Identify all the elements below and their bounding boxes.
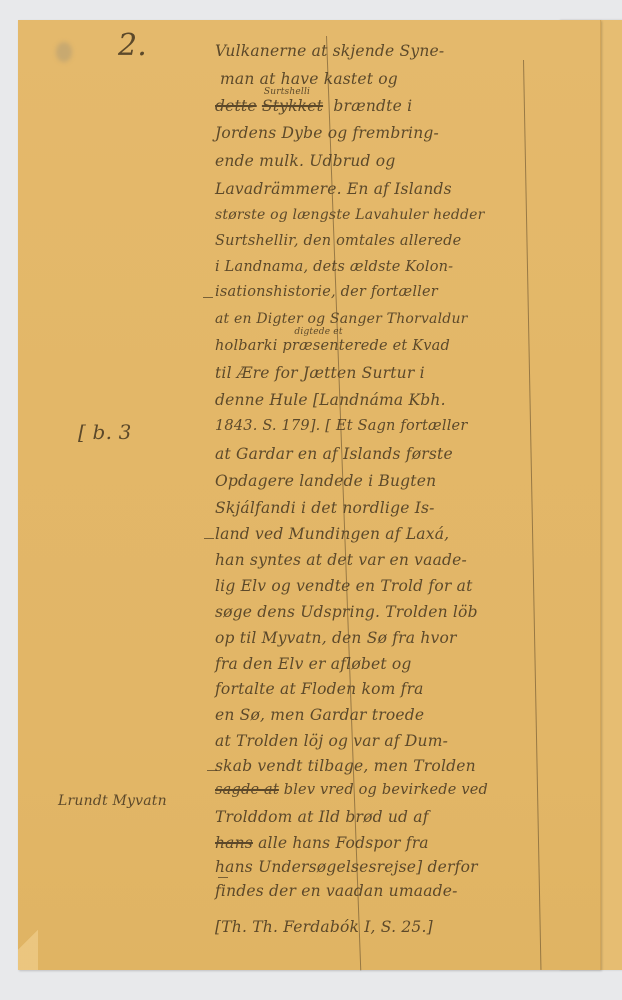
text-line-6: Lavadrämmere. En af Islands bbox=[215, 180, 452, 198]
text-line-26: en Sø, men Gardar troede bbox=[215, 706, 424, 724]
strikeout-word: dette bbox=[215, 97, 257, 115]
text-line-22: søge dens Udspring. Trolden löb bbox=[215, 603, 478, 621]
text-line-8: Surtshellir, den omtales allerede bbox=[215, 233, 461, 249]
line-continuation-dash bbox=[203, 297, 213, 298]
margin-note-myvatn: Lrundt Myvatn bbox=[58, 793, 167, 809]
line-continuation-dash bbox=[218, 877, 228, 878]
text-line-36: [Th. Th. Ferdabók I, S. 25.] bbox=[215, 918, 433, 936]
text-line-28: skab vendt tilbage, men Trolden bbox=[215, 757, 476, 775]
insertion-above: Surtshelli bbox=[264, 87, 310, 97]
text-line-7: største og længste Lavahuler hedder bbox=[215, 207, 485, 223]
text-line-5: ende mulk. Udbrud og bbox=[215, 152, 395, 170]
strikeout-word: Stykket bbox=[262, 97, 323, 115]
text-line-2: man at have kastet og bbox=[220, 70, 398, 88]
text-line-17: Opdagere landede i Bugten bbox=[215, 472, 436, 490]
text-line-9: i Landnama, dets ældste Kolon- bbox=[215, 259, 453, 275]
text-line-1: Vulkanerne at skjende Syne- bbox=[215, 42, 444, 60]
margin-note-reference: [ b. 3 bbox=[78, 420, 132, 444]
paper-stain bbox=[56, 42, 72, 62]
text-line-27: at Trolden löj og var af Dum- bbox=[215, 732, 448, 750]
text-line-18: Skjálfandi i det nordlige Is- bbox=[215, 499, 435, 517]
strikeout-word: hans bbox=[215, 834, 253, 852]
text-line-20: han syntes at det var en vaade- bbox=[215, 551, 467, 569]
line-continuation-dash bbox=[204, 538, 214, 539]
text-fragment: præsenterede et Kvad bbox=[282, 338, 450, 354]
text-line-21: lig Elv og vendte en Trold for at bbox=[215, 577, 473, 595]
text-line-33: findes der en vaadan umaade- bbox=[215, 882, 458, 900]
text-line-10: isationshistorie, der fortæller bbox=[215, 284, 438, 300]
text-fragment: brændte i bbox=[328, 97, 412, 115]
text-fragment: alle hans Fodspor fra bbox=[258, 834, 429, 852]
text-line-4: Jordens Dybe og frembring- bbox=[215, 124, 439, 142]
text-line-15: 1843. S. 179]. [ Et Sagn fortæller bbox=[215, 418, 467, 434]
text-line-23: op til Myvatn, den Sø fra hvor bbox=[215, 629, 457, 647]
text-line-13: til Ære for Jætten Surtur i bbox=[215, 364, 425, 382]
text-line-16: at Gardar en af Islands første bbox=[215, 445, 453, 463]
text-line-25: fortalte at Floden kom fra bbox=[215, 680, 424, 698]
insertion-above: digtede et bbox=[294, 327, 342, 337]
text-line-32: hans Undersøgelsesrejse] derfor bbox=[215, 858, 478, 876]
text-line-14: denne Hule [Landnáma Kbh. bbox=[215, 391, 446, 409]
text-line-31: hans alle hans Fodspor fra bbox=[215, 834, 429, 852]
strikeout-word: sagde at bbox=[215, 782, 279, 798]
text-line-30: Trolddom at Ild brød ud af bbox=[215, 808, 429, 826]
text-line-3: dette Surtshelli Stykket brændte i bbox=[215, 97, 412, 115]
text-line-11: at en Digter og Sanger Thorvaldur bbox=[215, 311, 468, 327]
text-line-12: holbarki digtede et præsenterede et Kvad bbox=[215, 338, 450, 354]
page-number: 2. bbox=[118, 28, 147, 63]
text-line-24: fra den Elv er afløbet og bbox=[215, 655, 412, 673]
text-line-19: land ved Mundingen af Laxá, bbox=[215, 525, 449, 543]
text-fragment: blev vred og bevirkede ved bbox=[284, 782, 488, 798]
text-line-29: sagde at blev vred og bevirkede ved bbox=[215, 782, 488, 798]
text-fragment: holbarki bbox=[215, 338, 282, 354]
